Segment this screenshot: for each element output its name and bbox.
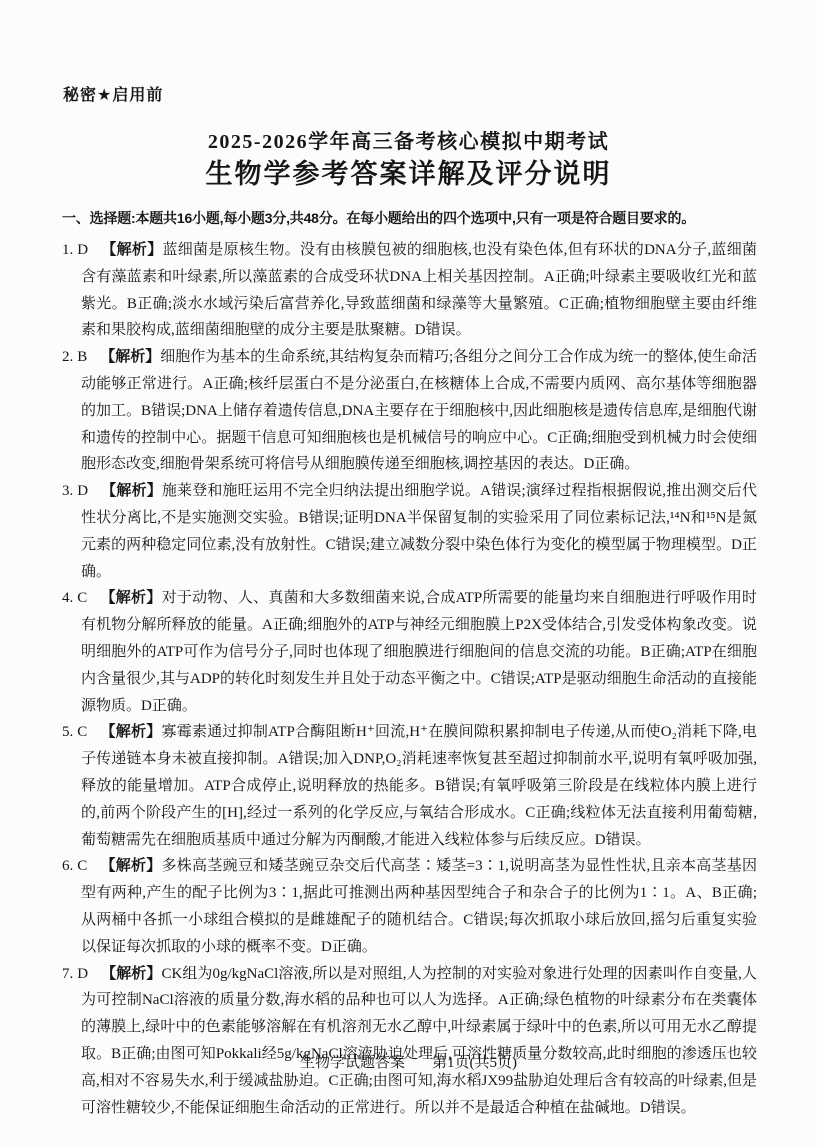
answer-item-7: 7.D【解析】CK组为0g/kgNaCl溶液,所以是对照组,人为控制的对实验对象… <box>62 961 757 1122</box>
answer-letter: C <box>77 590 87 606</box>
answer-item-2: 2.B【解析】细胞作为基本的生命系统,其结构复杂而精巧;各组分之间分工合作成为统… <box>62 344 757 478</box>
explanation-text: CK组为0g/kgNaCl溶液,所以是对照组,人为控制的对实验对象进行处理的因素… <box>81 966 757 1116</box>
analysis-label: 【解析】 <box>101 241 162 258</box>
answer-letter: D <box>77 242 88 258</box>
question-number: 4. <box>62 590 73 606</box>
analysis-label: 【解析】 <box>100 348 160 365</box>
page-footer: 生物学试题答案第1页(共5页) <box>0 1051 817 1072</box>
question-number: 3. <box>62 483 73 499</box>
answer-letter: C <box>77 724 87 740</box>
answer-item-4: 4.C【解析】对于动物、人、真菌和大多数细菌来说,合成ATP所需要的能量均来自细… <box>62 585 757 719</box>
explanation-text: 对于动物、人、真菌和大多数细菌来说,合成ATP所需要的能量均来自细胞进行呼吸作用… <box>81 590 757 713</box>
analysis-label: 【解析】 <box>101 482 162 499</box>
section-header: 一、选择题:本题共16小题,每小题3分,共48分。在每小题给出的四个选项中,只有… <box>62 207 757 230</box>
question-number: 7. <box>62 966 73 982</box>
analysis-label: 【解析】 <box>101 965 161 982</box>
answer-item-5: 5.C【解析】寡霉素通过抑制ATP合酶阻断H⁺回流,H⁺在膜间隙积累抑制电子传递… <box>62 719 757 853</box>
question-number: 5. <box>62 724 73 740</box>
question-number: 1. <box>62 242 73 258</box>
answer-sheet-page: 秘密★启用前 2025-2026学年高三备考核心模拟中期考试 生物学参考答案详解… <box>0 0 817 1146</box>
answer-letter: D <box>77 483 88 499</box>
exam-title: 2025-2026学年高三备考核心模拟中期考试 <box>0 125 817 154</box>
explanation-text: 施莱登和施旺运用不完全归纳法提出细胞学说。A错误;演绎过程指根据假说,推出测交后… <box>81 483 757 579</box>
analysis-label: 【解析】 <box>100 857 161 874</box>
answer-item-1: 1.D【解析】蓝细菌是原核生物。没有由核膜包被的细胞核,也没有染色体,但有环状的… <box>62 237 757 344</box>
answer-item-6: 6.C【解析】多株高茎豌豆和矮茎豌豆杂交后代高茎∶矮茎=3∶1,说明高茎为显性性… <box>62 853 757 960</box>
document-title: 生物学参考答案详解及评分说明 <box>0 152 817 191</box>
explanation-text: 蓝细菌是原核生物。没有由核膜包被的细胞核,也没有染色体,但有环状的DNA分子,蓝… <box>81 242 757 338</box>
footer-doc-label: 生物学试题答案 <box>300 1055 405 1071</box>
analysis-label: 【解析】 <box>100 723 161 740</box>
explanation-text: 细胞作为基本的生命系统,其结构复杂而精巧;各组分之间分工合作成为统一的整体,使生… <box>81 349 757 472</box>
footer-page-number: 第1页(共5页) <box>432 1055 517 1071</box>
answer-letter: B <box>77 349 87 365</box>
answers-content: 一、选择题:本题共16小题,每小题3分,共48分。在每小题给出的四个选项中,只有… <box>62 207 757 1121</box>
question-number: 2. <box>62 349 73 365</box>
answer-letter: D <box>77 966 88 982</box>
question-number: 6. <box>62 858 73 874</box>
explanation-text: 多株高茎豌豆和矮茎豌豆杂交后代高茎∶矮茎=3∶1,说明高茎为显性性状,且亲本高茎… <box>81 858 757 954</box>
analysis-label: 【解析】 <box>100 589 161 606</box>
answer-item-3: 3.D【解析】施莱登和施旺运用不完全归纳法提出细胞学说。A错误;演绎过程指根据假… <box>62 478 757 585</box>
security-classification-label: 秘密★启用前 <box>63 82 163 105</box>
explanation-text: 寡霉素通过抑制ATP合酶阻断H⁺回流,H⁺在膜间隙积累抑制电子传递,从而使O₂消… <box>81 724 757 847</box>
answer-letter: C <box>77 858 87 874</box>
